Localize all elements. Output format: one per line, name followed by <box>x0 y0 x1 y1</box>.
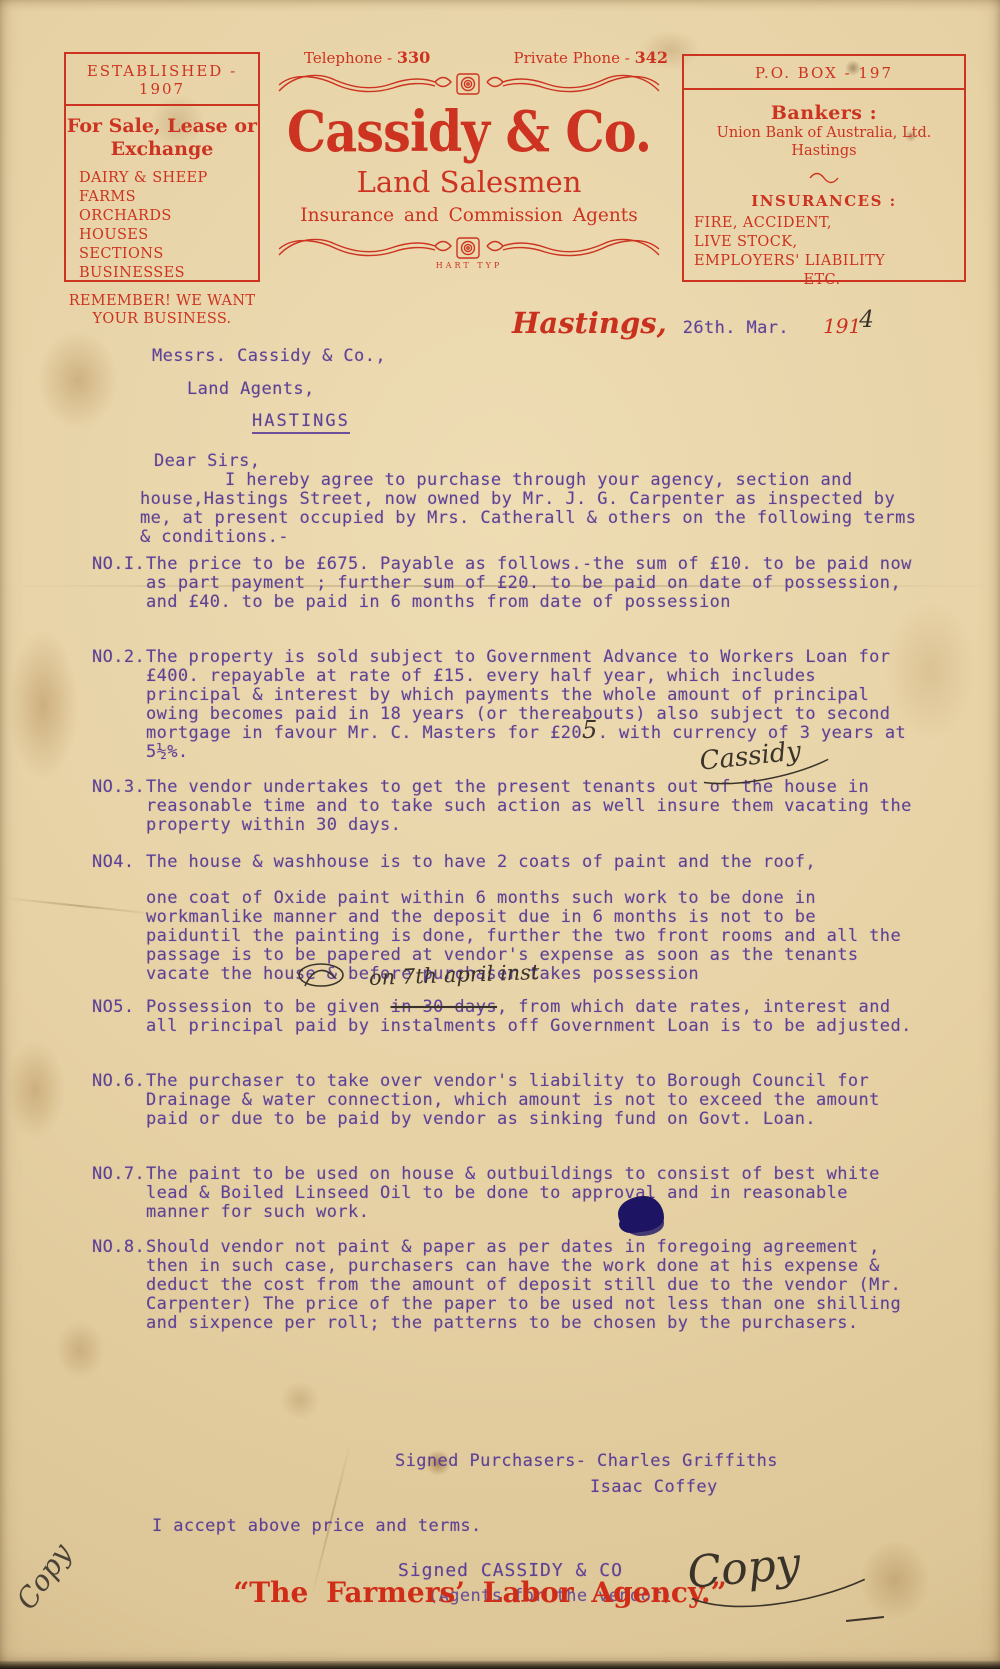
clause-number: NO.8. <box>92 1238 146 1333</box>
clause-text: The price to be £675. Payable as follows… <box>146 555 918 612</box>
purchasers-signed-line: Signed Purchasers- Charles Griffiths <box>395 1452 778 1471</box>
april-note-text: on 7th april inst <box>369 960 540 990</box>
clause-number: NO5. <box>92 998 146 1036</box>
clause-number: NO.I. <box>92 555 146 612</box>
clause-number: NO.2. <box>92 648 146 762</box>
clause-text: Possession to be given in 30 days, from … <box>146 998 918 1036</box>
clause-text: Should vendor not paint & paper as per d… <box>146 1238 918 1333</box>
clause-row: NO.3.The vendor undertakes to get the pr… <box>92 778 918 835</box>
clause-number: NO4. <box>92 853 146 984</box>
clause-number: NO.3. <box>92 778 146 835</box>
clause-row: NO.7.The paint to be used on house & out… <box>92 1165 918 1222</box>
clause-row: NO.6.The purchaser to take over vendor's… <box>92 1072 918 1129</box>
letter-page: ESTABLISHED - 1907 For Sale, Lease or Ex… <box>0 0 1000 1669</box>
purchasers-signature-block: Signed Purchasers- Charles Griffiths Isa… <box>395 1452 778 1497</box>
clause-text: The vendor undertakes to get the present… <box>146 778 918 835</box>
clause-row: NO.8.Should vendor not paint & paper as … <box>92 1238 918 1333</box>
clause-row: NO5.Possession to be given in 30 days, f… <box>92 998 918 1036</box>
ink-blot <box>618 1196 664 1232</box>
clause-number: NO.6. <box>92 1072 146 1129</box>
clause-row: NO.I.The price to be £675. Payable as fo… <box>92 555 918 612</box>
second-purchaser: Isaac Coffey <box>590 1478 778 1497</box>
clause-text: The paint to be used on house & outbuild… <box>146 1165 918 1222</box>
handwritten-april-note: on 7th april inst <box>295 960 539 990</box>
clause-number: NO.7. <box>92 1165 146 1222</box>
clauses-list: NO.I.The price to be £675. Payable as fo… <box>0 0 1000 1669</box>
clause-text: The purchaser to take over vendor's liab… <box>146 1072 918 1129</box>
initial-scribble-icon <box>295 960 347 990</box>
acceptance-line: I accept above price and terms. <box>152 1516 482 1536</box>
page-bottom-edge <box>0 1661 1000 1669</box>
